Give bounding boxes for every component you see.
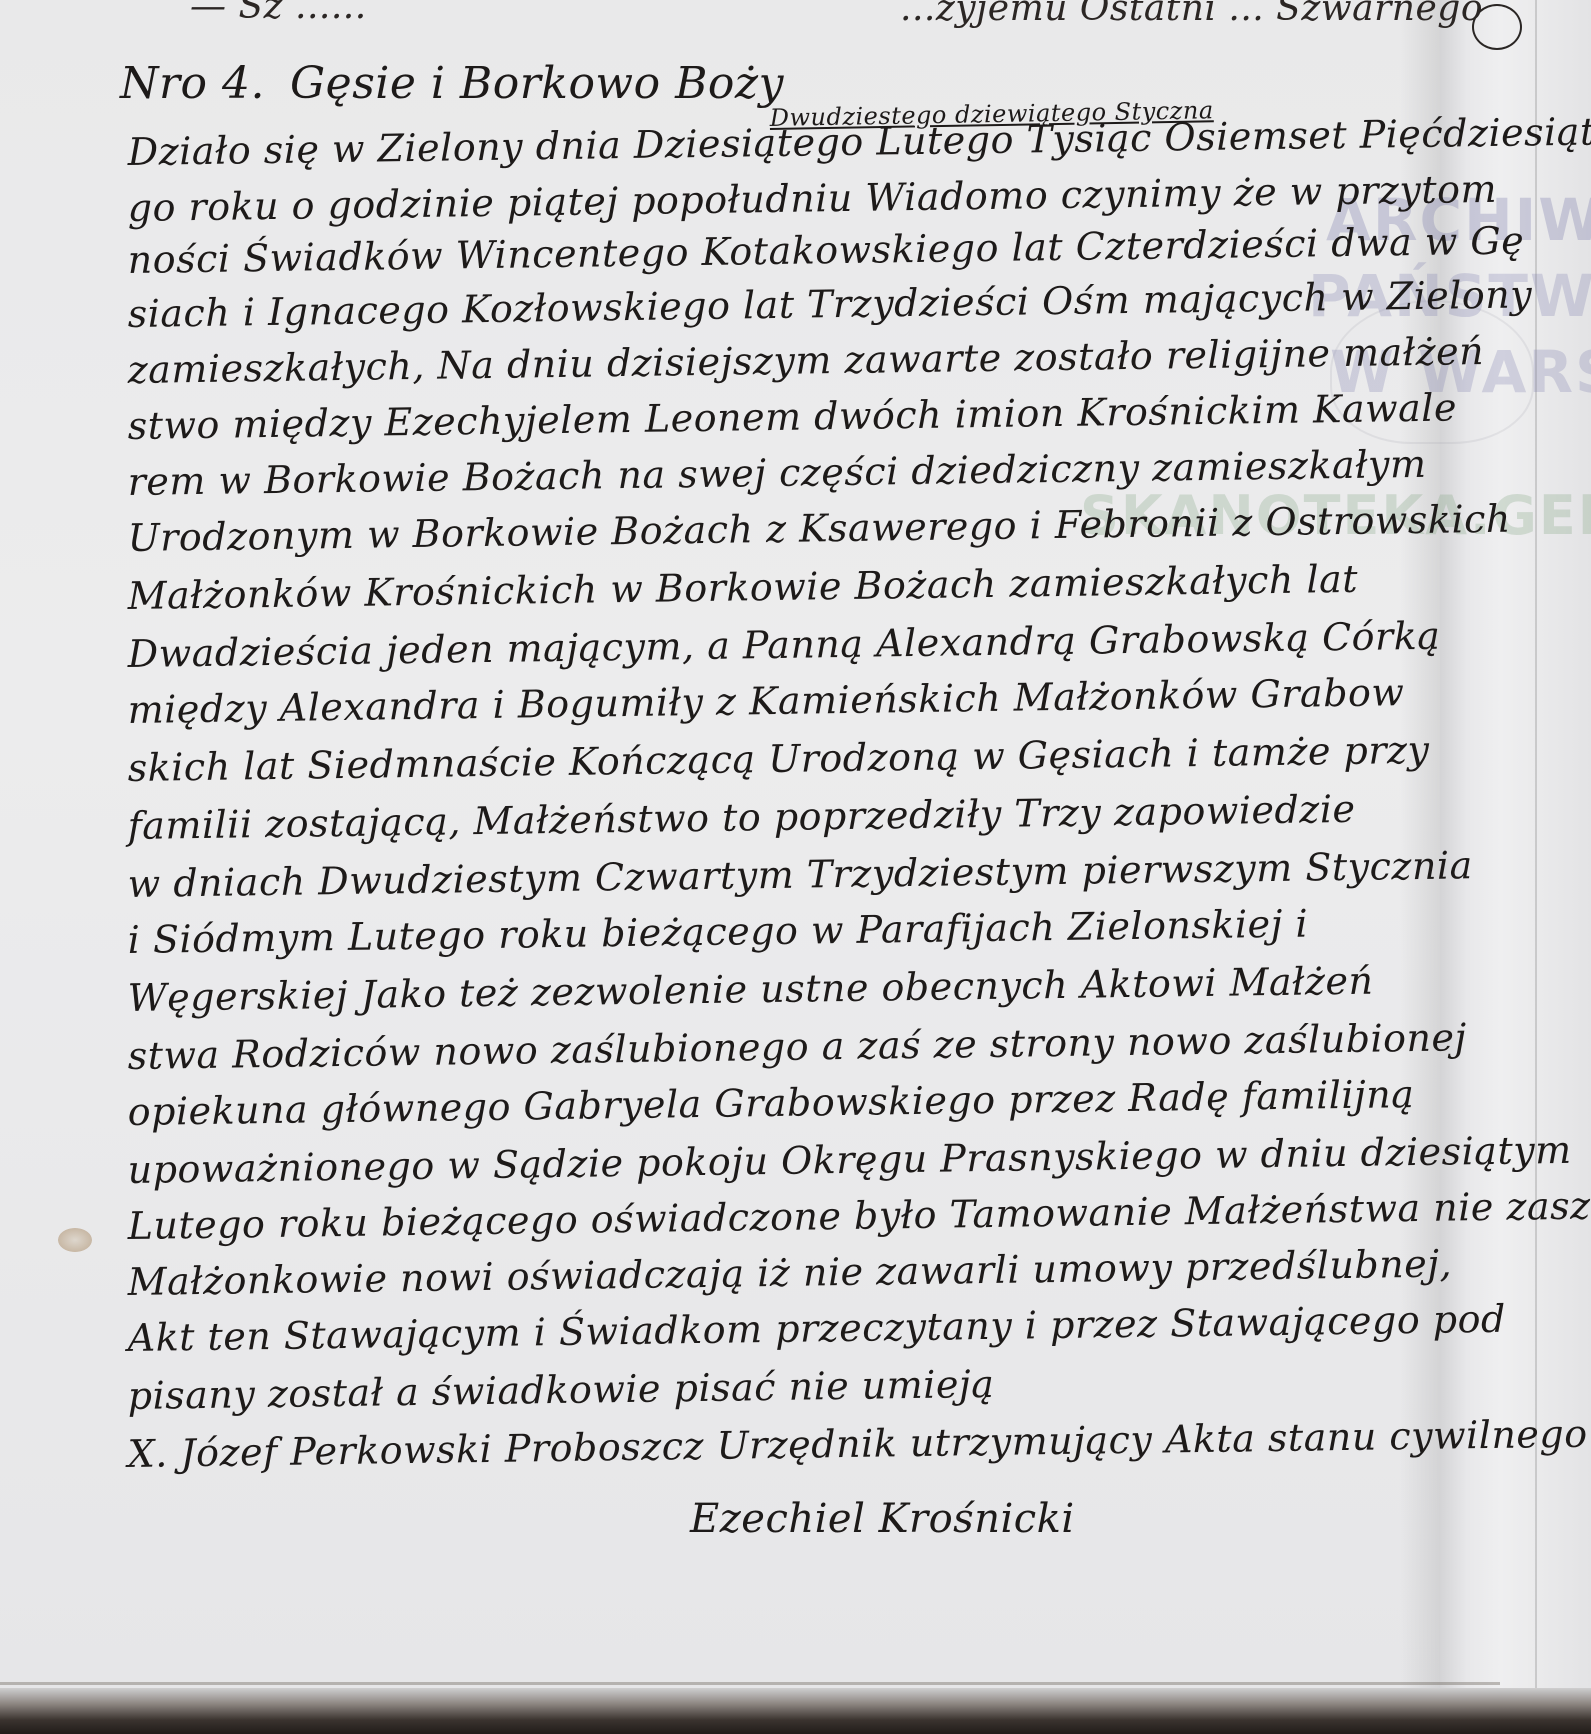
record-line-17: stwa Rodziców nowo zaślubionego a zaś ze… [127,1015,1467,1078]
previous-record-fragment-right: ...zyjemu Ostatni ... Szwarnego [900,0,1483,29]
record-line-11: między Alexandra i Bogumiły z Kamieńskic… [127,670,1404,732]
record-line-18: opiekuna głównego Gabryela Grabowskiego … [127,1072,1414,1134]
record-line-2: go roku o godzinie piątej popołudniu Wia… [127,167,1497,230]
record-line-14: w dniach Dwudziestym Czwartym Trzydziest… [127,843,1473,906]
record-line-19: upoważnionego w Sądzie pokoju Okręgu Pra… [127,1128,1572,1192]
record-line-21: Małżonkowie nowi oświadczają iż nie zawa… [127,1242,1452,1304]
record-line-23: pisany został a świadkowie pisać nie umi… [127,1362,994,1418]
record-line-8: Urodzonym w Borkowie Bożach z Ksawerego … [127,497,1511,560]
record-line-24: X. Józef Perkowski Proboszcz Urzędnik ut… [127,1412,1587,1476]
book-binding-edge [0,1688,1591,1734]
record-line-16: Węgerskiej Jako też zezwolenie ustne obe… [127,959,1373,1020]
record-line-12: skich lat Siedmnaście Kończącą Urodzoną … [127,728,1429,790]
previous-record-fragment-left: — Sz ...... [190,0,367,27]
record-line-4: siach i Ignacego Kozłowskiego lat Trzydz… [127,272,1532,336]
page-bottom-edge [0,1682,1500,1685]
record-line-3: ności Świadków Wincentego Kotakowskiego … [127,219,1524,282]
record-line-9: Małżonków Krośnickich w Borkowie Bożach … [127,557,1358,618]
record-number: Nro 4. [120,58,265,109]
record-line-5: zamieszkałych, Na dniu dzisiejszym zawar… [127,329,1484,392]
record-line-13: familii zostającą, Małżeństwo to poprzed… [127,787,1355,848]
circled-mark [1472,4,1522,50]
scanned-page: ARCHIWUM PAŃSTWOWE W WARSZAWIE SKANOTEKA… [0,0,1591,1734]
record-line-22: Akt ten Stawającym i Świadkom przeczytan… [127,1297,1506,1360]
record-line-6: stwo między Ezechyjelem Leonem dwóch imi… [127,385,1457,448]
record-line-20: Lutego roku bieżącego oświadczone było T… [127,1183,1591,1248]
record-title: Gęsie i Borkowo Boży [290,58,784,109]
record-line-15: i Siódmym Lutego roku bieżącego w Parafi… [127,902,1308,962]
ink-stain [58,1228,92,1252]
record-line-10: Dwadzieścia jeden mającym, a Panną Alexa… [127,614,1440,676]
groom-signature: Ezechiel Krośnicki [690,1496,1075,1542]
record-line-7: rem w Borkowie Bożach na swej części dzi… [127,442,1426,504]
